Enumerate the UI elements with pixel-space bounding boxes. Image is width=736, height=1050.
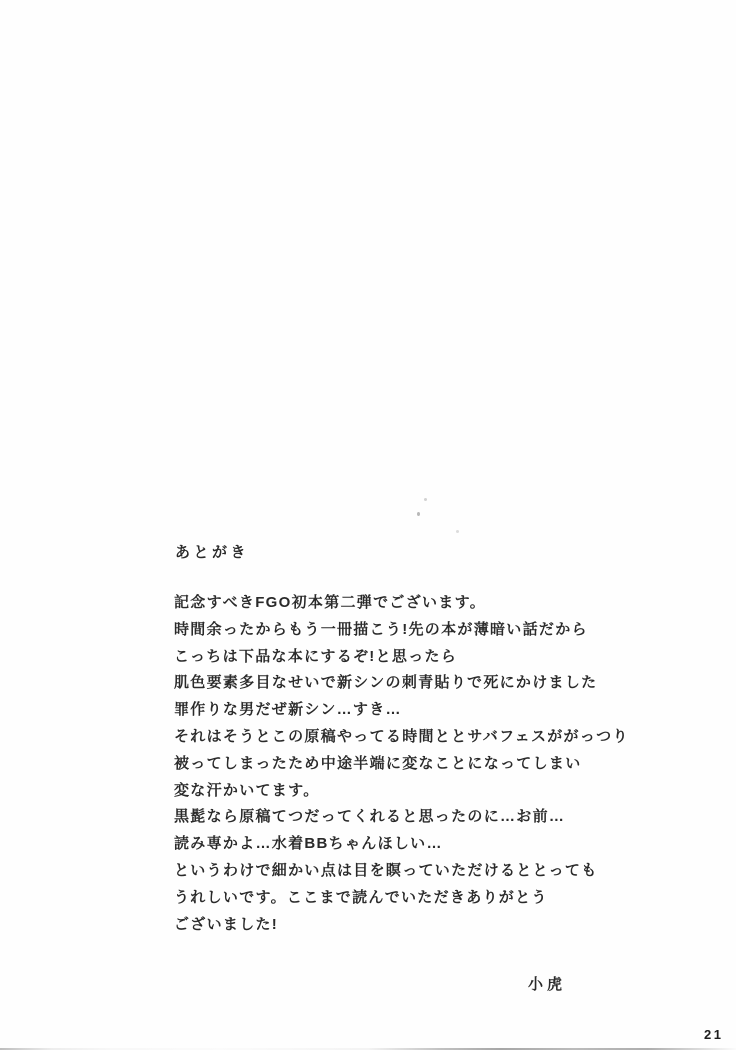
body-line: 肌色要素多目なせいで新シンの刺青貼りで死にかけました [174,670,654,697]
page-number: 21 [704,1027,723,1042]
scan-artifact-speck [417,512,420,516]
afterword-title: あとがき [175,541,249,562]
body-line: 変な汗かいてます。 [174,778,654,805]
body-line: 罪作りな男だぜ新シン…すき… [174,697,654,724]
body-line: 記念すべきFGO初本第二弾でございます。 [174,590,654,617]
body-line: それはそうとこの原稿やってる時間ととサバフェスががっつり [174,724,654,751]
body-line: 時間余ったからもう一冊描こう!先の本が薄暗い話だから [174,617,654,644]
body-line: こっちは下品な本にするぞ!と思ったら [174,644,654,671]
scan-artifact-speck [424,498,427,501]
body-line: というわけで細かい点は目を瞑っていただけるととっても [174,858,654,885]
body-line: うれしいです。ここまで読んでいただきありがとう [174,885,654,912]
body-line: 読み専かよ…水着BBちゃんほしい… [174,831,654,858]
scan-artifact-speck [456,530,459,533]
body-line: ございました! [174,912,654,939]
body-line: 被ってしまったため中途半端に変なことになってしまい [174,751,654,778]
body-line: 黒髭なら原稿てつだってくれると思ったのに…お前… [174,804,654,831]
scanned-afterword-page: あとがき 記念すべきFGO初本第二弾でございます。 時間余ったからもう一冊描こう… [0,0,736,1050]
author-signature: 小虎 [528,973,566,994]
afterword-body: 記念すべきFGO初本第二弾でございます。 時間余ったからもう一冊描こう!先の本が… [174,590,654,938]
